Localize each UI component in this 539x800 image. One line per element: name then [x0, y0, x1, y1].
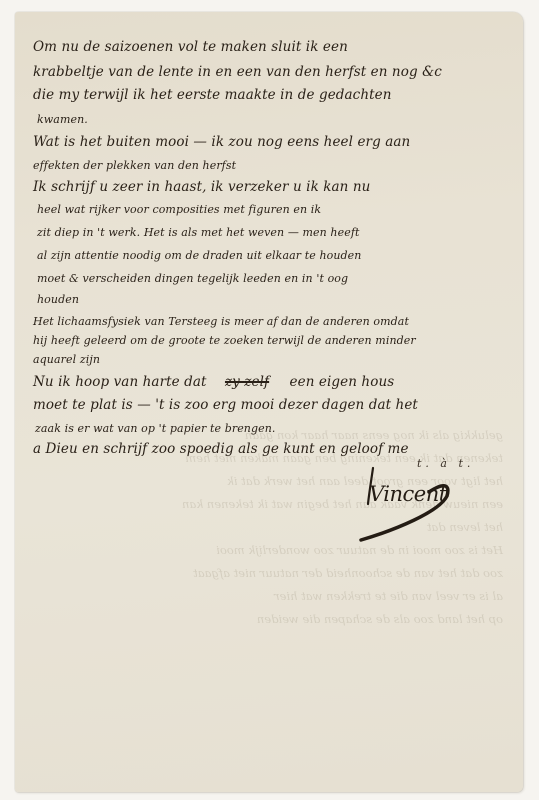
- letter-line: aquarel zijn: [33, 353, 100, 366]
- letter-line: krabbeltje van de lente in en een van de…: [33, 64, 442, 80]
- letter-line: Om nu de saizoenen vol te maken sluit ik…: [33, 39, 348, 55]
- letter-line: houden: [37, 293, 79, 306]
- letter-line: Ik schrijf u zeer in haast, ik verzeker …: [33, 179, 370, 195]
- letter-line: a Dieu en schrijf zoo spoedig als ge kun…: [33, 441, 409, 457]
- letter-line: die my terwijl ik het eerste maakte in d…: [33, 87, 392, 103]
- signature-flourish-icon: [355, 462, 475, 552]
- bleed-line: op het land zoo als de schapen die weide…: [43, 608, 503, 631]
- letter-text: Nu ik hoop van harte dat: [33, 374, 207, 390]
- letter-text: een eigen hous: [290, 374, 395, 390]
- letter-page: gelukkig als ik nog eens naar haar kon g…: [15, 12, 523, 792]
- letter-line: Het lichaamsfysiek van Tersteeg is meer …: [33, 315, 409, 328]
- letter-line: kwamen.: [37, 113, 88, 126]
- letter-line: effekten der plekken van den herfst: [33, 159, 236, 172]
- letter-line: al zijn attentie noodig om de draden uit…: [37, 249, 361, 262]
- signature: Vincent: [355, 462, 475, 552]
- letter-line: zit diep in 't werk. Het is als met het …: [37, 226, 360, 239]
- bleed-line: zoo dat het van de schoonheid der natuur…: [43, 562, 503, 585]
- bleed-line: al is er veel van die te trekken wat hie…: [43, 585, 503, 608]
- letter-line: hij heeft geleerd om de groote te zoeken…: [33, 334, 416, 347]
- letter-line: heel wat rijker voor composities met fig…: [37, 203, 321, 216]
- letter-line: moet te plat is — 't is zoo erg mooi dez…: [33, 397, 418, 413]
- struck-through-text: zy zelf: [225, 374, 269, 390]
- letter-line: moet & verscheiden dingen tegelijk leede…: [37, 272, 348, 285]
- letter-line: zaak is er wat van op 't papier te breng…: [35, 422, 276, 435]
- signature-text: Vincent: [369, 482, 447, 506]
- letter-line: Nu ik hoop van harte dat zy zelf een eig…: [33, 374, 394, 390]
- letter-line: Wat is het buiten mooi — ik zou nog eens…: [33, 134, 410, 150]
